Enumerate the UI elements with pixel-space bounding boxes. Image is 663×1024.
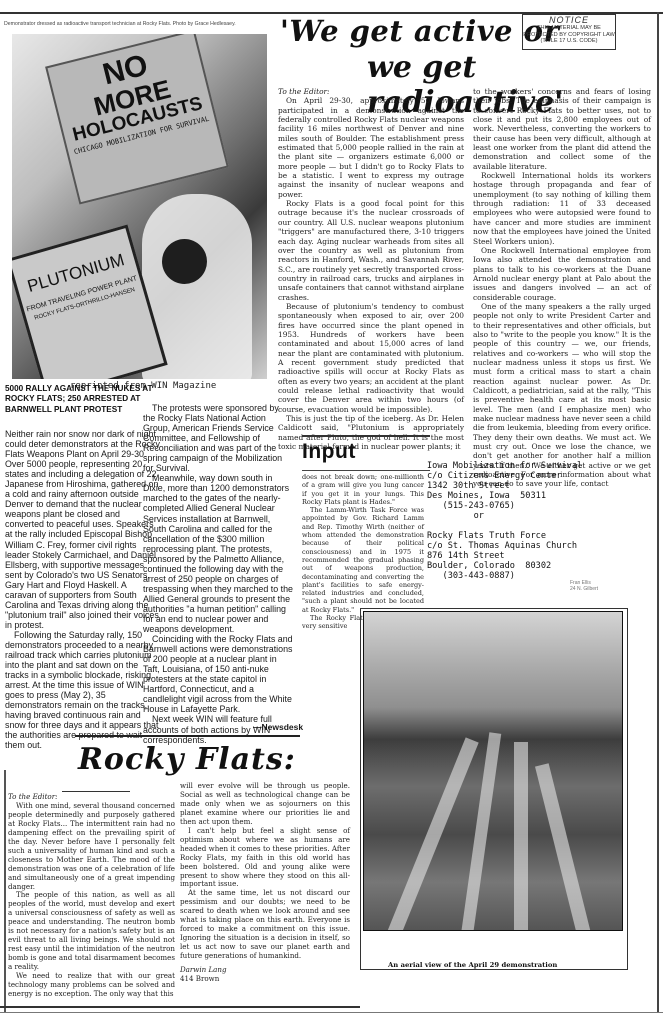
paragraph: Neither rain nor snow nor dark of night …: [5, 429, 160, 630]
notice-title: NOTICE: [523, 15, 615, 25]
paragraph: We need to realize that with our great t…: [8, 972, 175, 999]
editorial-column-3: does not break down; one-millionth of a …: [302, 473, 424, 631]
page-edge: [0, 1012, 663, 1013]
letter-column-1: To the Editor: With one mind, several th…: [8, 793, 175, 999]
notice-body: THIS MATERIAL MAY BE PROTECTED BY COPYRI…: [523, 25, 615, 45]
paragraph: With one mind, several thousand concerne…: [8, 802, 175, 892]
bottom-rule: [0, 1006, 360, 1008]
paragraph: Because of plutonium's tendency to combu…: [278, 302, 464, 414]
section-rule: [75, 735, 300, 737]
input-rule: [302, 470, 430, 471]
address-city: Des Moines, Iowa 50311: [427, 491, 546, 501]
gas-mask: [162, 239, 207, 284]
address-street: 876 14th Street: [427, 551, 505, 561]
paragraph: The Lamm-Wirth Task Force was appointed …: [302, 506, 424, 614]
no-more-holocausts-sign: NO MORE HOLOCAUSTS CHICAGO MOBILIZATION …: [45, 34, 229, 205]
editorial-headline-line1: 'We get active or: [280, 14, 559, 48]
newsdesk-signoff: —Newsdesk: [253, 722, 303, 732]
paragraph: At the same time, let us not discard our…: [180, 889, 350, 961]
letter-title: Rocky Flats:: [78, 742, 296, 777]
paragraph: Rocky Flats is a good focal point for th…: [278, 199, 464, 302]
car-row: [514, 742, 528, 931]
paragraph: does not break down; one-millionth of a …: [302, 473, 424, 506]
paragraph: Meanwhile, way down south in Dixie, more…: [143, 473, 293, 634]
paragraph: will ever evolve will be through us peop…: [180, 782, 350, 827]
or-separator: or: [474, 511, 484, 521]
title-rule: [62, 791, 130, 792]
address-phone: (515-243-0765): [443, 501, 515, 511]
paragraph: The protests were sponsored by the Rocky…: [143, 403, 293, 473]
paragraph: Rockwell International holds its workers…: [473, 171, 651, 246]
address-phone: (303-443-0887): [443, 571, 515, 581]
car-row: [535, 763, 597, 931]
address-care-of: c/o St. Thomas Aquinas Church: [427, 541, 577, 551]
news-column-1: Neither rain nor snow nor dark of night …: [5, 429, 160, 751]
input-rule: [302, 435, 430, 437]
paragraph: to the workers' concerns and fears of lo…: [473, 87, 651, 171]
contact-addresses: Iowa Mobilization for Survival c/o Citiz…: [427, 461, 582, 581]
aerial-photo: [363, 611, 623, 931]
photo-caption: Demonstrator dressed as radioactive tran…: [4, 21, 266, 27]
copyright-notice: NOTICE THIS MATERIAL MAY BE PROTECTED BY…: [522, 14, 616, 50]
letter-column-2: will ever evolve will be through us peop…: [180, 782, 350, 984]
protest-photo: NO MORE HOLOCAUSTS CHICAGO MOBILIZATION …: [12, 34, 267, 379]
editorial-column-1: To the Editor: On April 29-30, approxima…: [278, 87, 464, 451]
salutation: To the Editor:: [278, 87, 464, 96]
input-section-heading: Input: [302, 440, 356, 464]
news-headline: 5000 RALLY AGAINST THE NUKES AT ROCKY FL…: [5, 384, 155, 415]
left-border: [4, 770, 6, 1012]
paragraph: On April 29-30, approximately 50 Iowans …: [278, 96, 464, 199]
address-street: 1342 30th Street: [427, 481, 510, 491]
aerial-photo-caption: An aerial view of the April 29 demonstra…: [388, 961, 557, 969]
stamp-line: 24 N. Gilbert: [570, 586, 598, 592]
address-org: Rocky Flats Truth Force: [427, 531, 546, 541]
library-stamp: Fran Ellis 24 N. Gilbert: [570, 580, 598, 592]
address-org: Iowa Mobilization for Survival: [427, 461, 582, 471]
editorial-column-2: to the workers' concerns and fears of lo…: [473, 87, 651, 489]
right-border: [657, 12, 659, 1012]
address-city: Boulder, Colorado 80302: [427, 561, 551, 571]
paragraph: The people of this nation, as well as al…: [8, 891, 175, 972]
news-column-2: The protests were sponsored by the Rocky…: [143, 403, 293, 745]
paragraph: Following the Saturday rally, 150 demons…: [5, 630, 160, 751]
paragraph: One Rockwell International employee from…: [473, 246, 651, 302]
address-care-of: c/o Citizens Energy Center: [427, 471, 562, 481]
paragraph: Coinciding with the Rocky Flats and Barn…: [143, 634, 293, 714]
letter-signature-address: 414 Brown: [180, 975, 350, 984]
paragraph: I can't help but feel a slight sense of …: [180, 827, 350, 890]
